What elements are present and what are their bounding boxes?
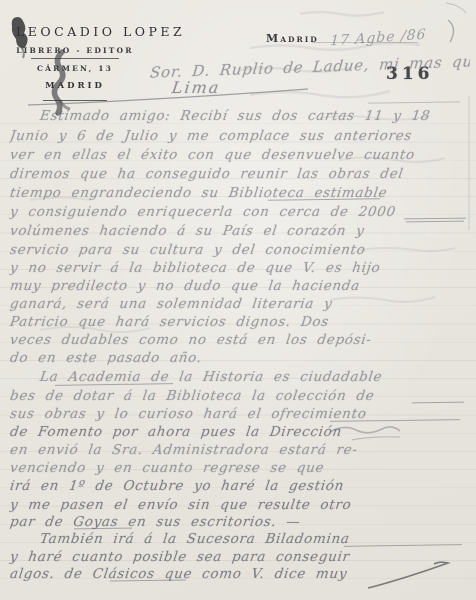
handwriting-line: y me pasen el envío sin que resulte otro [9, 497, 469, 514]
handwriting-line: Patricio que hará servicios dignos. Dos [9, 314, 469, 331]
handwriting-line: diremos que ha conseguido reunir las obr… [9, 166, 469, 183]
date-flourish [448, 20, 454, 42]
handwriting-line: ganará, será una solemnidad literaria y [9, 296, 469, 313]
handwriting-line: ver en ellas el éxito con que desenvuelv… [9, 147, 469, 164]
dateline: MADRID 17 Agbe /86 [266, 27, 426, 46]
handwriting-line: irá en 1º de Octubre yo haré la gestión [9, 478, 469, 495]
letterhead-rule [31, 58, 119, 59]
handwriting-line: algos. de Clásicos que como V. dice muy [9, 566, 469, 583]
handwriting-line: Estimado amigo: Recibí sus dos cartas 11… [9, 108, 476, 125]
handwriting-line: Junio y 6 de Julio y me complace sus ant… [9, 128, 469, 145]
dateline-rule [312, 42, 418, 43]
handwriting-line: venciendo y en cuanto regrese se que [9, 460, 469, 477]
handwriting-line: muy predilecto y no dudo que la hacienda [9, 278, 469, 295]
stamp-underline [368, 101, 460, 103]
handwriting-line: bes de dotar á la Biblioteca la colecció… [9, 388, 469, 405]
handwriting-line: servicio para su cultura y del conocimie… [9, 242, 469, 259]
handwriting-line: tiempo engrandeciendo su Biblioteca esti… [9, 185, 469, 202]
letter-page: LEOCADIO LOPEZ LIBRERO - EDITOR CÁRMEN, … [0, 0, 476, 600]
handwriting-line: y no servir á la biblioteca de que V. es… [9, 260, 469, 277]
dateline-handwritten-date: 17 Agbe /86 [329, 27, 426, 50]
handwriting-line: La Academia de la Historia es ciudadable [9, 369, 476, 386]
dateline-city-label: MADRID [266, 32, 319, 45]
handwriting-line: do en este pasado año. [9, 350, 469, 367]
handwriting-line: volúmenes haciendo á su País el corazón … [9, 223, 469, 240]
handwriting-line: de Fomento por ahora pues la Dirección [9, 424, 469, 441]
handwriting-line: y haré cuanto posible sea para conseguir [9, 549, 469, 566]
salutation-city: Lima [171, 78, 222, 97]
handwriting-line: en envió la Sra. Administradora estará r… [9, 442, 469, 459]
letterhead-street: CÁRMEN, 13 [16, 64, 134, 73]
letterhead-ornament-rule [43, 100, 107, 101]
handwriting-line: y consiguiendo enriquecerla con cerca de… [9, 204, 469, 221]
corner-stroke [446, 3, 466, 13]
letterhead-name: LEOCADIO LOPEZ [16, 24, 134, 39]
letterhead-profession: LIBRERO - EDITOR [16, 46, 134, 55]
letterhead-city: MADRID [16, 81, 134, 91]
handwriting-line: veces dudables como no está en los depós… [9, 332, 469, 349]
letterhead: LEOCADIO LOPEZ LIBRERO - EDITOR CÁRMEN, … [16, 24, 134, 101]
